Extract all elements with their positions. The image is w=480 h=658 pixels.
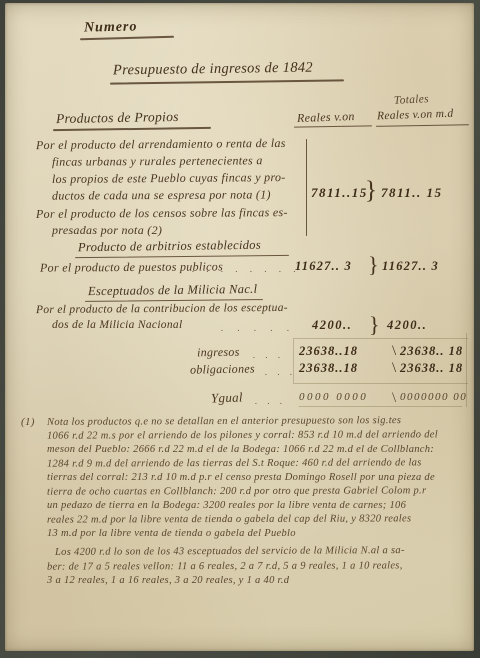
entry1-line4: ductos de cada una se espresa por nota (… — [52, 187, 271, 203]
summary-box-line-top — [294, 338, 468, 339]
obligaciones-separator: \ — [392, 360, 396, 377]
summary-box-line-bottom — [294, 383, 468, 384]
arbitrios-underline — [75, 255, 289, 259]
entry4-value: 4200.. — [312, 318, 352, 333]
manuscript-page: Numero Presupuesto de ingresos de 1842 P… — [5, 3, 474, 651]
column-rule — [306, 139, 307, 236]
obligaciones-value: 23638..18 — [299, 361, 358, 376]
reales-md-underline — [376, 124, 469, 127]
entry2-line1: Por el producto de los censos sobre las … — [36, 205, 288, 222]
entry1-brace: } — [365, 177, 377, 205]
entry2-line2: presadas por nota (2) — [52, 223, 162, 238]
entry4-line1: Por el producto de la contribucion de lo… — [36, 302, 288, 316]
entry1-line1: Por el producto del arrendamiento o rent… — [36, 136, 286, 153]
igual-value: 0000 0000 — [299, 391, 368, 403]
igual-total: 0000000 00 — [400, 391, 467, 403]
entry1-line2: fincas urbanas y rurales pertenecientes … — [52, 153, 263, 169]
column-header-totales: Totales — [394, 93, 430, 107]
footnote-line: 1284 r.d 9 m.d del arriendo de las tierr… — [47, 457, 422, 469]
footnote-line: 1066 r.d 22 m.s por el arriendo de los p… — [47, 429, 438, 441]
section-propios-heading: Productos de Propios — [56, 109, 179, 127]
igual-separator: \ — [392, 390, 396, 407]
footnote-line: un pedazo de tierra en la Bodega: 3200 r… — [47, 500, 406, 511]
numero-underline — [80, 36, 174, 40]
footnote-line: reales 22 m.d por la libre venta de tien… — [47, 513, 411, 525]
entry4-line2: dos de la Milicia Nacional — [52, 319, 182, 331]
footnote-line: tierras del corral: 213 r.d 10 m.d p.r e… — [47, 472, 435, 483]
page-title: Presupuesto de ingresos de 1842 — [113, 60, 313, 80]
ingresos-label: ingresos — [197, 345, 240, 361]
summary-box-line-left — [293, 338, 294, 384]
entry3-leader-dots: . . . . . . . . — [192, 264, 301, 274]
obligaciones-label: obligaciones — [190, 361, 255, 377]
title-underline — [110, 79, 344, 84]
reales-underline — [294, 125, 372, 128]
obligaciones-total: 23638.. 18 — [400, 361, 463, 376]
footnote-line: 13 m.d por la libre venta de tienda o ga… — [47, 528, 296, 539]
footnote-marker: (1) — [21, 416, 35, 428]
entry1-value: 7811..15 — [311, 185, 368, 201]
section-milicia-heading: Esceptuados de la Milicia Nac.l — [88, 282, 258, 299]
obligaciones-dots: . . . — [265, 367, 296, 377]
section-arbitrios-heading: Producto de arbitrios establecidos — [78, 238, 261, 256]
propios-underline — [53, 127, 211, 131]
column-header-reales: Reales v.on — [297, 109, 355, 126]
footnote-line: 3 a 12 reales, 1 a 16 reales, 3 a 20 rea… — [47, 575, 289, 586]
ingresos-separator: \ — [392, 343, 396, 360]
column-header-reales-md: Reales v.on m.d — [377, 108, 454, 123]
entry4-brace: } — [369, 312, 380, 338]
footnote-line: ber: de 17 a 5 reales vellon: 11 a 6 rea… — [47, 560, 403, 572]
entry4-leader-dots: . . . . . — [221, 323, 295, 333]
entry1-total: 7811.. 15 — [381, 185, 443, 201]
entry3-value: 11627.. 3 — [295, 259, 352, 274]
entry3-brace: } — [368, 252, 379, 278]
footnote-line: Los 4200 r.d lo son de los 43 esceptuado… — [55, 545, 405, 558]
ingresos-value: 23638..18 — [299, 344, 358, 359]
footnote-line: Nota los productos q.e no se detallan en… — [47, 415, 401, 428]
igual-label: Ygual — [211, 389, 243, 406]
footnote-line: tierra de ocho cuartas en Collblanch: 20… — [47, 485, 426, 497]
igual-row-line — [299, 406, 462, 407]
igual-dots: . . . — [255, 396, 286, 406]
entry3-total: 11627.. 3 — [382, 259, 439, 274]
entry4-total: 4200.. — [387, 318, 427, 333]
footnote-line: meson del Pueblo: 2666 r.d 22 m.d el de … — [47, 444, 434, 455]
document-number-label: Numero — [84, 19, 138, 36]
ingresos-dots: . . . — [253, 350, 284, 360]
ingresos-total: 23638.. 18 — [400, 344, 463, 359]
entry1-line3: los propios de este Pueblo cuyas fincas … — [52, 170, 286, 187]
